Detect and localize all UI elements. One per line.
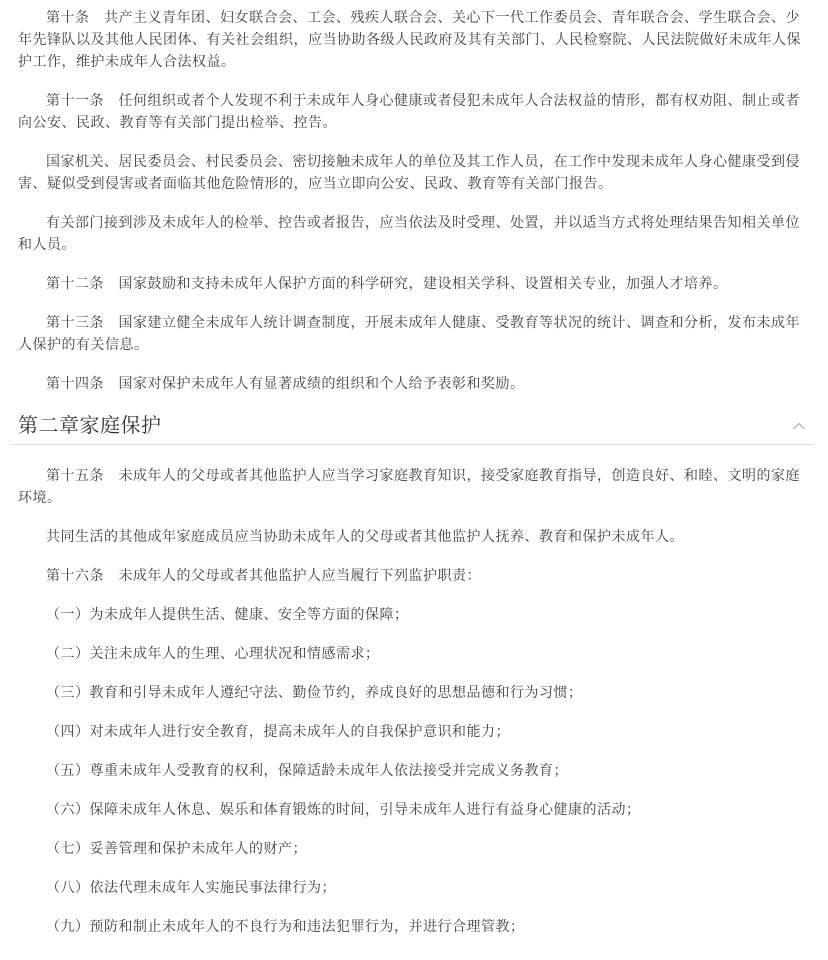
law-paragraph-article-16: 第十六条 未成年人的父母或者其他监护人应当履行下列监护职责： [18, 564, 814, 586]
article-section-chapter2: 第十五条 未成年人的父母或者其他监护人应当学习家庭教育知识，接受家庭教育指导，创… [18, 464, 814, 937]
law-paragraph-article-14: 第十四条 国家对保护未成年人有显著成绩的组织和个人给予表彰和奖励。 [18, 372, 814, 394]
law-paragraph-article-13: 第十三条 国家建立健全未成年人统计调查制度，开展未成年人健康、受教育等状况的统计… [18, 311, 814, 355]
law-list-item-5: （五）尊重未成年人受教育的权利，保障适龄未成年人依法接受并完成义务教育； [18, 759, 814, 781]
law-list-item-2: （二）关注未成年人的生理、心理状况和情感需求； [18, 642, 814, 664]
law-list-item-4: （四）对未成年人进行安全教育，提高未成年人的自我保护意识和能力； [18, 720, 814, 742]
law-paragraph-article-12: 第十二条 国家鼓励和支持未成年人保护方面的科学研究，建设相关学科、设置相关专业，… [18, 272, 814, 294]
article-section-top: 第十条 共产主义青年团、妇女联合会、工会、残疾人联合会、关心下一代工作委员会、青… [18, 6, 814, 394]
law-paragraph-article-15: 第十五条 未成年人的父母或者其他监护人应当学习家庭教育知识，接受家庭教育指导，创… [18, 464, 814, 508]
law-list-item-6: （六）保障未成年人休息、娱乐和体育锻炼的时间，引导未成年人进行有益身心健康的活动… [18, 798, 814, 820]
chevron-up-icon[interactable] [790, 417, 808, 435]
law-list-item-8: （八）依法代理未成年人实施民事法律行为； [18, 876, 814, 898]
law-document-page: 第十条 共产主义青年团、妇女联合会、工会、残疾人联合会、关心下一代工作委员会、青… [0, 0, 828, 960]
law-list-item-9: （九）预防和制止未成年人的不良行为和违法犯罪行为，并进行合理管教； [18, 915, 814, 937]
law-list-item-7: （七）妥善管理和保护未成年人的财产； [18, 837, 814, 859]
law-paragraph: 有关部门接到涉及未成年人的检举、控告或者报告，应当依法及时受理、处置，并以适当方… [18, 211, 814, 255]
chapter-title: 第二章家庭保护 [18, 412, 162, 440]
law-list-item-3: （三）教育和引导未成年人遵纪守法、勤俭节约，养成良好的思想品德和行为习惯； [18, 681, 814, 703]
law-list-item-1: （一）为未成年人提供生活、健康、安全等方面的保障； [18, 603, 814, 625]
law-paragraph: 共同生活的其他成年家庭成员应当协助未成年人的父母或者其他监护人抚养、教育和保护未… [18, 525, 814, 547]
law-paragraph-article-11: 第十一条 任何组织或者个人发现不利于未成年人身心健康或者侵犯未成年人合法权益的情… [18, 89, 814, 133]
chapter-header[interactable]: 第二章家庭保护 [12, 412, 814, 445]
law-paragraph-article-10: 第十条 共产主义青年团、妇女联合会、工会、残疾人联合会、关心下一代工作委员会、青… [18, 6, 814, 72]
law-paragraph: 国家机关、居民委员会、村民委员会、密切接触未成年人的单位及其工作人员，在工作中发… [18, 150, 814, 194]
